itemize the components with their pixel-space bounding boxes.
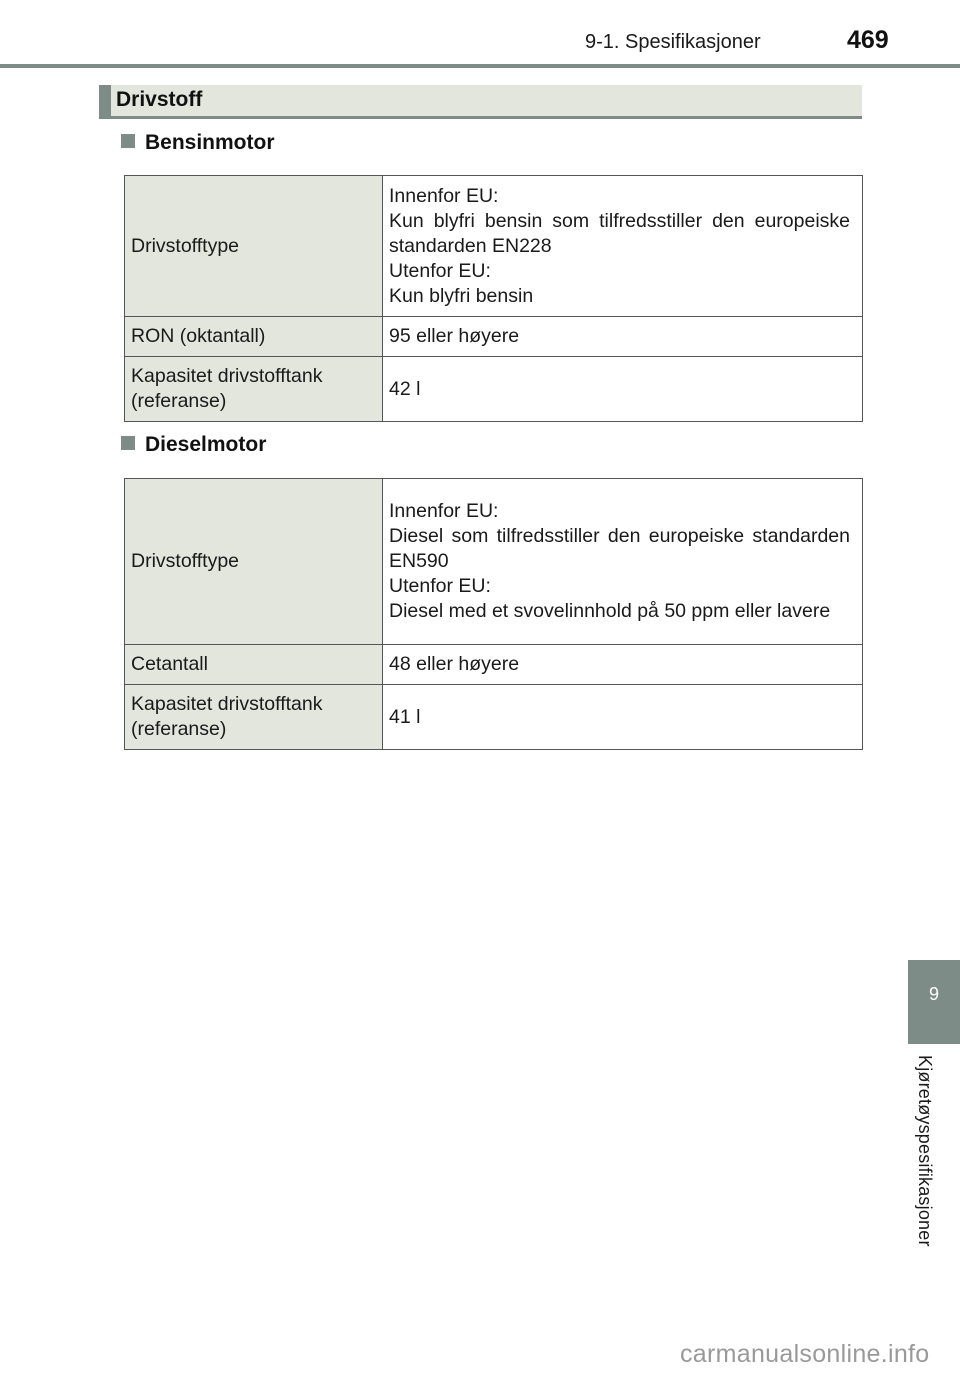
row-value: 48 eller høyere — [383, 645, 863, 685]
petrol-heading-text: Bensinmotor — [145, 131, 275, 154]
table-row: Drivstofftype Innenfor EU: Diesel som ti… — [125, 479, 863, 645]
row-label: Drivstofftype — [125, 479, 383, 645]
row-value: 42 l — [383, 357, 863, 422]
value-line: Kun blyfri bensin — [389, 284, 850, 309]
petrol-heading: Bensinmotor — [121, 131, 275, 155]
petrol-spec-table: Drivstofftype Innenfor EU: Kun blyfri be… — [124, 175, 863, 422]
table-row: Kapasitet drivstofftank (referanse) 42 l — [125, 357, 863, 422]
row-value: 95 eller høyere — [383, 317, 863, 357]
square-bullet-icon — [121, 134, 135, 148]
value-line: Innenfor EU: — [389, 499, 850, 524]
table-row: RON (oktantall) 95 eller høyere — [125, 317, 863, 357]
chapter-number: 9 — [908, 984, 960, 1005]
table-row: Cetantall 48 eller høyere — [125, 645, 863, 685]
row-value: Innenfor EU: Diesel som tilfredsstiller … — [383, 479, 863, 645]
diesel-heading: Dieselmotor — [121, 433, 266, 457]
chapter-label: Kjøretøyspesifikasjoner — [914, 1055, 935, 1247]
value-line: Diesel med et svovelinnhold på 50 ppm el… — [389, 599, 850, 624]
value-line: Utenfor EU: — [389, 259, 850, 284]
row-label: Cetantall — [125, 645, 383, 685]
table-row: Drivstofftype Innenfor EU: Kun blyfri be… — [125, 176, 863, 317]
header-divider — [0, 64, 960, 68]
section-title-accent — [99, 85, 111, 119]
row-label: Drivstofftype — [125, 176, 383, 317]
row-label: Kapasitet drivstofftank (referanse) — [125, 357, 383, 422]
value-line: Utenfor EU: — [389, 574, 850, 599]
section-title-bar: Drivstoff — [99, 85, 862, 119]
section-breadcrumb: 9-1. Spesifikasjoner — [585, 31, 761, 54]
chapter-tab: 9 — [908, 960, 960, 1044]
row-value: 41 l — [383, 685, 863, 750]
row-value: Innenfor EU: Kun blyfri bensin som tilfr… — [383, 176, 863, 317]
row-label: RON (oktantall) — [125, 317, 383, 357]
diesel-heading-text: Dieselmotor — [145, 433, 266, 456]
value-line: Kun blyfri bensin som tilfredsstiller de… — [389, 209, 850, 259]
value-line: Innenfor EU: — [389, 184, 850, 209]
section-title: Drivstoff — [116, 88, 202, 112]
square-bullet-icon — [121, 436, 135, 450]
value-line: Diesel som tilfredsstiller den europeisk… — [389, 524, 850, 574]
row-label: Kapasitet drivstofftank (referanse) — [125, 685, 383, 750]
watermark: carmanualsonline.info — [680, 1340, 930, 1369]
table-row: Kapasitet drivstofftank (referanse) 41 l — [125, 685, 863, 750]
diesel-spec-table: Drivstofftype Innenfor EU: Diesel som ti… — [124, 478, 863, 750]
page-number: 469 — [847, 26, 889, 55]
